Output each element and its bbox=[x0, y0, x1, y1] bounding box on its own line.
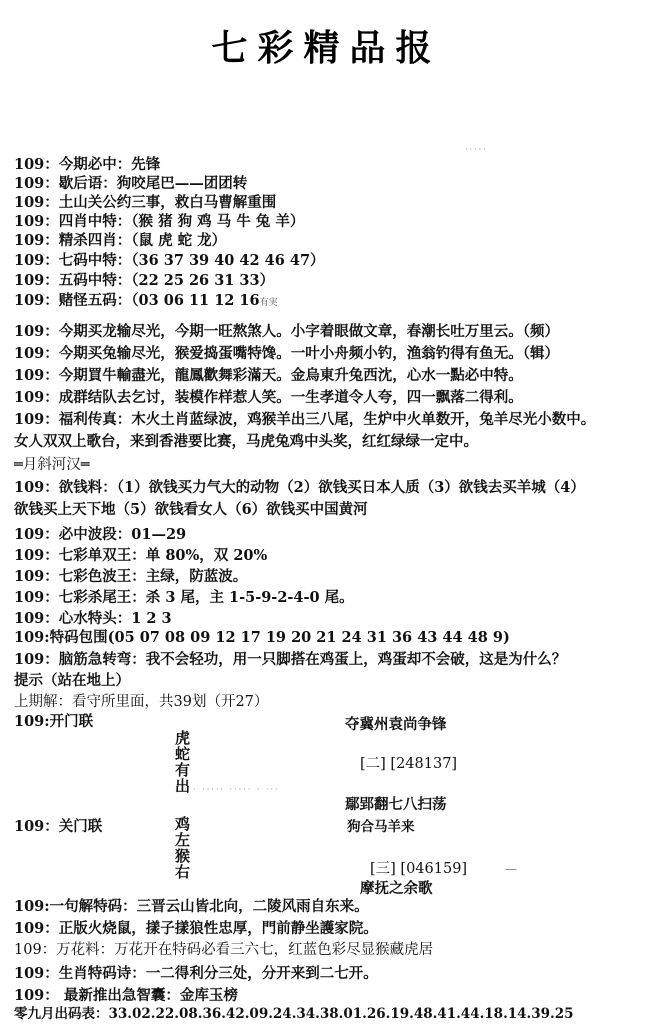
line-kill-tail: 109：七彩杀尾王：杀 3 尾，主 1-5-9-2-4-0 尾。 bbox=[14, 588, 354, 608]
line-must-hit: 109：今期必中：先锋 bbox=[14, 155, 160, 175]
line-seven-codes: 109：七码中特：（36 37 39 40 42 46 47） bbox=[14, 251, 325, 271]
line-five-codes: 109：五码中特：（22 25 26 31 33） bbox=[14, 271, 274, 291]
close-couplet-bottom: 摩抚之余歌 bbox=[360, 877, 433, 898]
open-couplet-code: [二] [248137] bbox=[360, 752, 457, 773]
line-poem-group: 109：成群结队去乞讨，装模作样惹人笑。一生孝道令人夸，四一飘落二得利。 bbox=[14, 388, 523, 408]
line-odd-even: 109：七彩单双王：单 80%，双 20% bbox=[14, 546, 267, 566]
close-couplet-code: [三] [046159] bbox=[370, 857, 467, 878]
line-zodiac-picks: 109：四肖中特：（猴 猪 狗 鸡 马 牛 兔 羊） bbox=[14, 212, 304, 232]
line-color-wave: 109：七彩色波王：主绿，防蓝波。 bbox=[14, 567, 247, 587]
close-couplet-label: 109：关门联 bbox=[14, 817, 102, 837]
line-fire-rat: 109：正版火烧鼠，㨾子㨾狼性忠厚，門前静坐護家院。 bbox=[14, 919, 378, 939]
line-money-riddle: 109：欲钱料：（1）欲钱买力气大的动物（2）欲钱买日本人质（3）欲钱去买羊城（… bbox=[14, 478, 585, 498]
line-money-riddle-cont: 欲钱买上天下地（5）欲钱看女人（6）欲钱买中国黄河 bbox=[14, 500, 368, 520]
line-brain-teaser: 109：脑筋急转弯：我不会轻功，用一只脚搭在鸡蛋上，鸡蛋却不会破，这是为什么？ bbox=[14, 650, 566, 670]
page-title: 七彩精品报 bbox=[0, 20, 653, 71]
line-code-table: 零九月出码表：33.02.22.08.36.42.09.24.34.38.01.… bbox=[14, 1004, 574, 1024]
line-poem-dragon: 109：今期买龙输尽光，今期一旺熬煞人。小字着眼做文章，春潮长吐万里云。（频） bbox=[14, 322, 559, 342]
line-flower-material: 109：万花料：万花开在特码必看三六七，红蓝色彩尽显猴藏虎居 bbox=[14, 940, 433, 960]
line-kill-four: 109：精杀四肖：（鼠 虎 蛇 龙） bbox=[14, 231, 226, 251]
line-one-sentence: 109:一句解特码：三晋云山皆北向，二陵风雨自东来。 bbox=[14, 897, 369, 917]
gamble-five-text: 109：赌怪五码：（03 06 11 12 16 bbox=[14, 292, 260, 309]
noise-dash: — bbox=[505, 862, 519, 876]
line-welfare-cont: 女人双双上歌台，来到香港要比赛，马虎兔鸡中头奖，红红绿绿一定中。 bbox=[14, 432, 478, 452]
line-hint: 提示（站在地上） bbox=[14, 671, 130, 691]
open-couplet-top: 夺冀州袁尚争锋 bbox=[345, 713, 447, 734]
line-wave-range: 109：必中波段：01—29 bbox=[14, 525, 186, 545]
line-special-range: 109:特码包围(05 07 08 09 12 17 19 20 21 24 3… bbox=[14, 628, 510, 648]
open-couplet-label: 109:开门联 bbox=[14, 712, 93, 732]
section-divider: ═月斜河汉═ bbox=[14, 455, 89, 475]
noise-specks: ····· bbox=[465, 145, 488, 154]
close-couplet-top: 鄢郢翻七八扫荡 bbox=[345, 793, 447, 814]
close-couplet-sub: 狗合马羊来 bbox=[347, 815, 415, 835]
line-story: 109：土山关公约三事，救白马曹解重围 bbox=[14, 193, 276, 213]
gamble-five-note: 有実 bbox=[260, 298, 278, 308]
line-zodiac-poem: 109：生肖特码诗：一二得利分三处，分开来到二七开。 bbox=[14, 964, 378, 984]
noise-specks: · · · ····· ····· · ··· bbox=[175, 785, 280, 794]
line-welfare: 109：福利传真：木火土肖蓝绿波，鸡猴羊出三八尾，生炉中火单数开，兔羊尽光小数中… bbox=[14, 410, 595, 430]
line-last-answer: 上期解：看守所里面，共39划（开27） bbox=[14, 692, 268, 712]
line-heart-head: 109：心水特头：1 2 3 bbox=[14, 609, 172, 629]
close-couplet-vertical: 鸡左猴右 bbox=[175, 816, 193, 880]
line-proverb: 109：歇后语：狗咬尾巴——团团转 bbox=[14, 174, 247, 194]
line-new-release: 109： 最新推出急智囊：金库玉榜 bbox=[14, 986, 238, 1006]
line-gamble-five: 109：赌怪五码：（03 06 11 12 16有実 bbox=[14, 291, 278, 313]
line-poem-ox: 109：今期買牛輸盡光，龍鳳歡舞彩滿天。金烏東升兔西沈，心水一點必中特。 bbox=[14, 366, 523, 386]
line-poem-rabbit: 109：今期买兔输尽光，猴爱捣蛋嘴特馋。一叶小舟频小钓，渔翁钓得有鱼无。（辑） bbox=[14, 344, 559, 364]
